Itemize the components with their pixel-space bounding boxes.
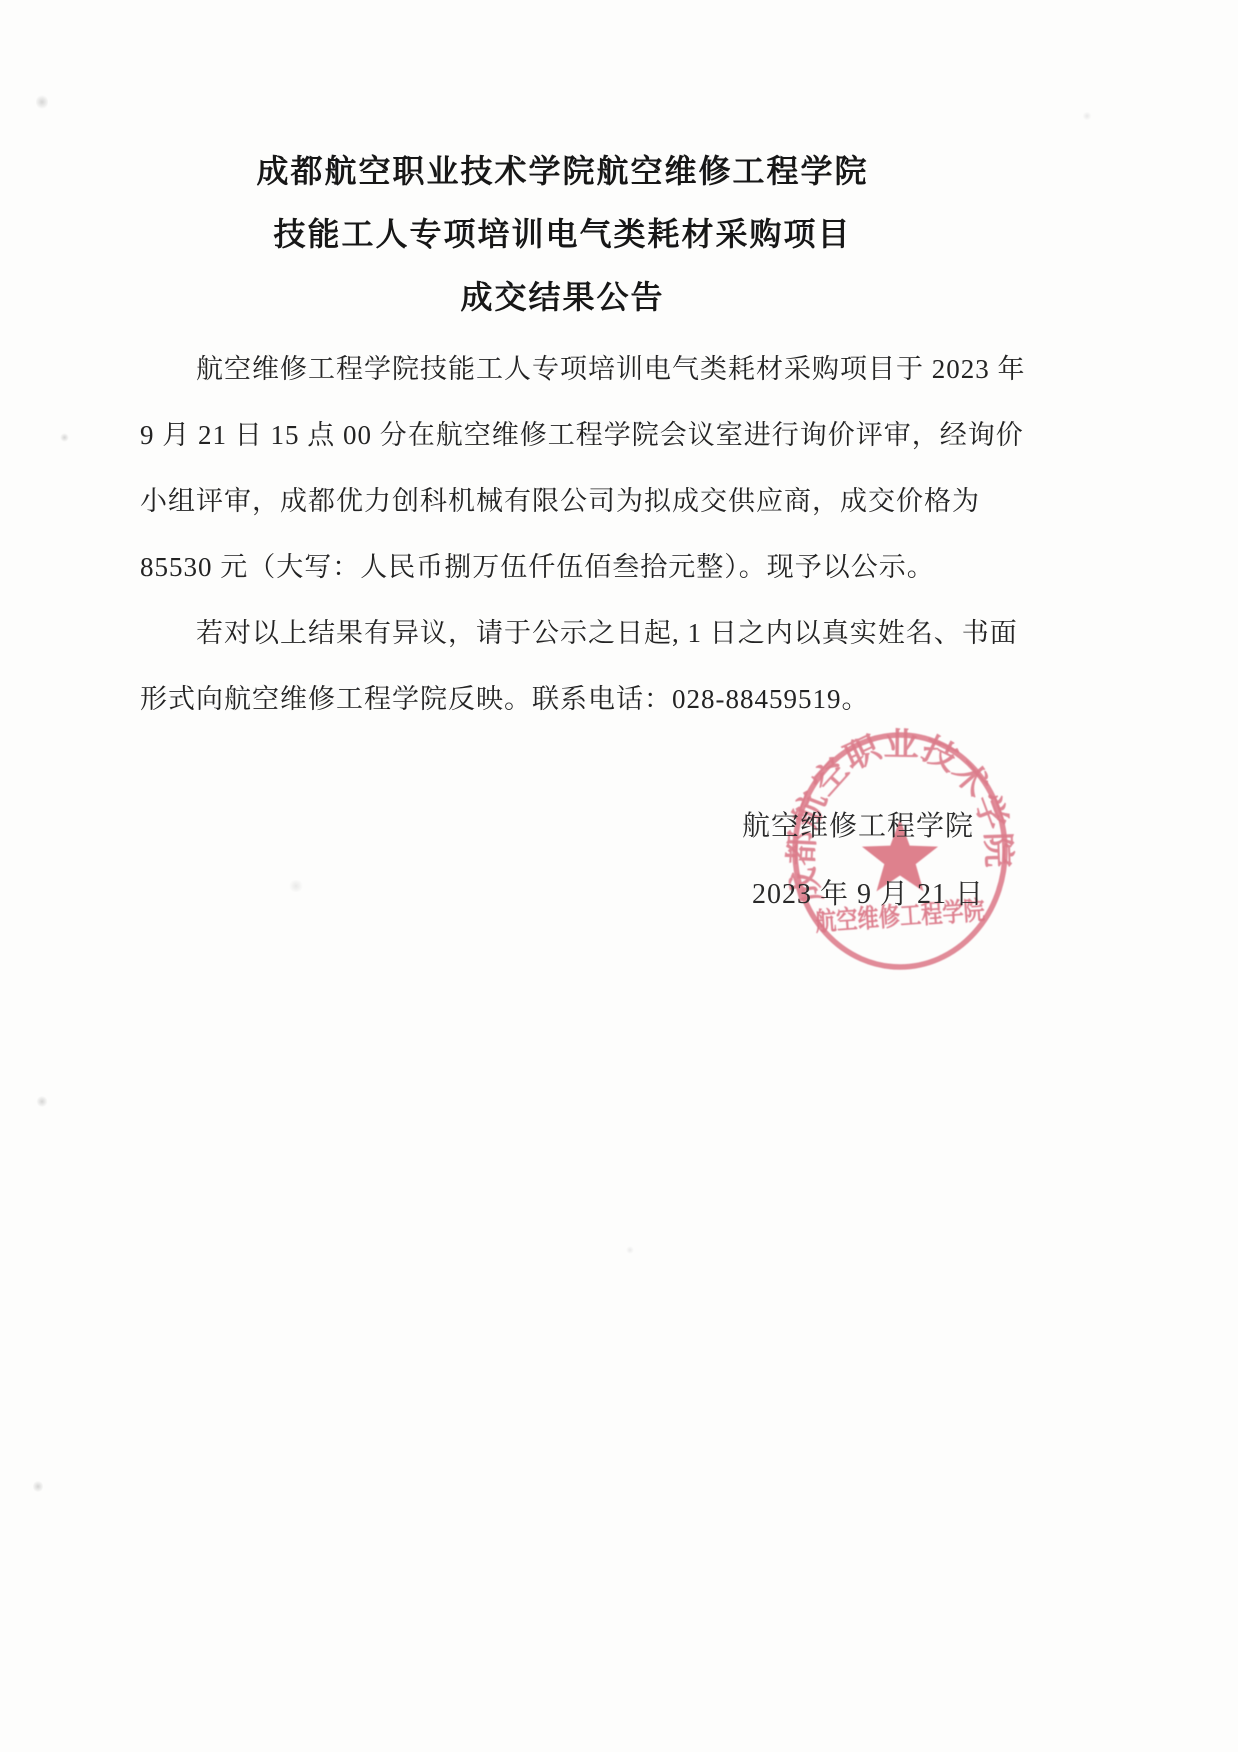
scan-speck <box>36 94 48 110</box>
signature-date: 2023 年 9 月 21 日 <box>752 872 984 912</box>
scan-speck <box>288 880 304 892</box>
body-line: 85530 元（大写：人民币捌万伍仟伍佰叁拾元整）。现予以公示。 <box>140 534 985 600</box>
body-line: 若对以上结果有异议，请于公示之日起, 1 日之内以真实姓名、书面 <box>140 600 985 666</box>
scan-speck <box>626 1246 634 1254</box>
scan-speck <box>33 1480 43 1493</box>
body-line: 航空维修工程学院技能工人专项培训电气类耗材采购项目于 2023 年 <box>140 336 985 402</box>
official-seal: 成都航空职业技术学院 航空维修工程学院 <box>782 727 1018 977</box>
scan-speck <box>1082 112 1092 120</box>
body-line: 9 月 21 日 15 点 00 分在航空维修工程学院会议室进行询价评审，经询价 <box>140 402 985 468</box>
doc-title-line-3: 成交结果公告 <box>140 266 985 329</box>
scan-speck <box>60 433 69 442</box>
signature-org: 航空维修工程学院 <box>742 804 974 844</box>
doc-title-line-2: 技能工人专项培训电气类耗材采购项目 <box>140 203 985 266</box>
doc-body: 航空维修工程学院技能工人专项培训电气类耗材采购项目于 2023 年 9 月 21… <box>140 336 985 732</box>
scan-speck <box>36 1096 48 1107</box>
doc-title-line-1: 成都航空职业技术学院航空维修工程学院 <box>140 140 985 203</box>
body-line: 小组评审，成都优力创科机械有限公司为拟成交供应商，成交价格为 <box>140 468 985 534</box>
body-line: 形式向航空维修工程学院反映。联系电话：028-88459519。 <box>140 666 985 732</box>
document-page: 成都航空职业技术学院航空维修工程学院 技能工人专项培训电气类耗材采购项目 成交结… <box>0 0 1238 1752</box>
doc-title: 成都航空职业技术学院航空维修工程学院 技能工人专项培训电气类耗材采购项目 成交结… <box>140 140 985 329</box>
